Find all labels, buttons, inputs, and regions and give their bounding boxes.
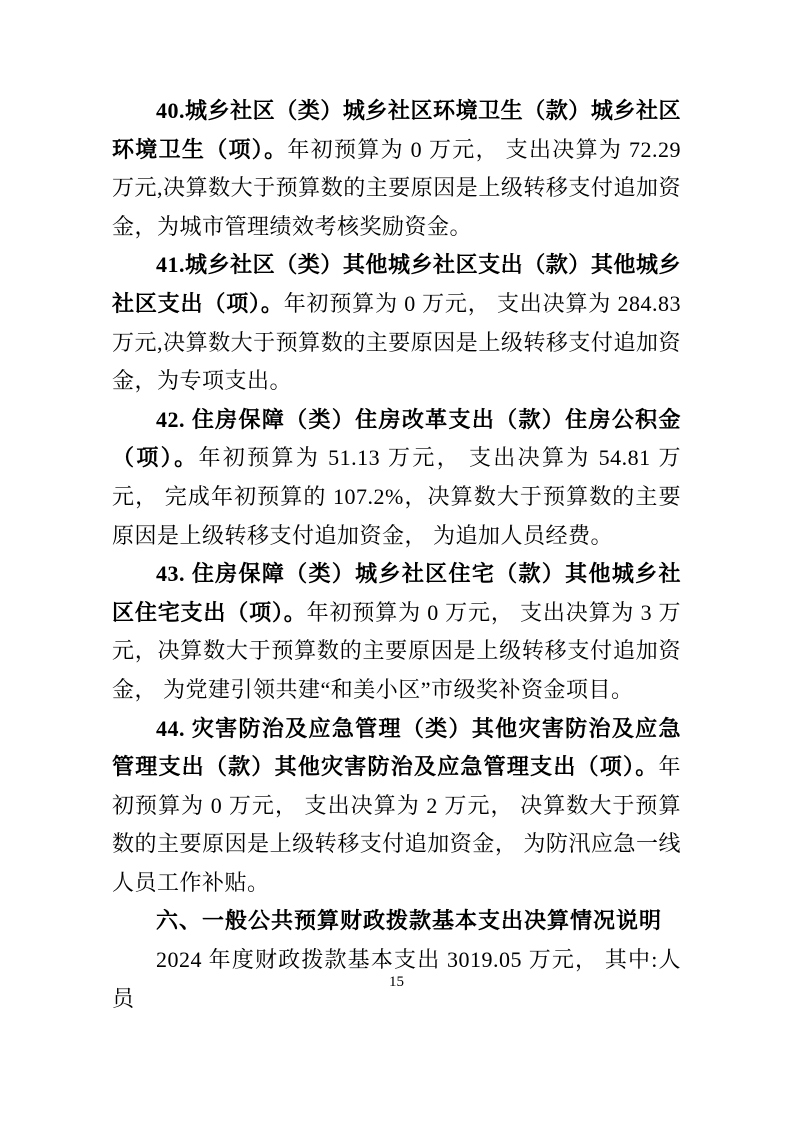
page-content: 40.城乡社区（类）城乡社区环境卫生（款）城乡社区环境卫生（项）。年初预算为 0… [112, 92, 681, 1018]
section-heading: 六、一般公共预算财政拨款基本支出决算情况说明 [112, 902, 681, 941]
budget-item-paragraph-43: 43. 住房保障（类）城乡社区住宅（款）其他城乡社区住宅支出（项）。年初预算为 … [112, 555, 681, 709]
item-44-title: 44. 灾害防治及应急管理（类）其他灾害防治及应急管理支出（款）其他灾害防治及应… [112, 716, 681, 780]
page-number: 15 [0, 974, 793, 991]
document-page: 40.城乡社区（类）城乡社区环境卫生（款）城乡社区环境卫生（项）。年初预算为 0… [0, 0, 793, 1122]
budget-item-paragraph-40: 40.城乡社区（类）城乡社区环境卫生（款）城乡社区环境卫生（项）。年初预算为 0… [112, 92, 681, 246]
budget-item-paragraph-44: 44. 灾害防治及应急管理（类）其他灾害防治及应急管理支出（款）其他灾害防治及应… [112, 710, 681, 903]
budget-item-paragraph-42: 42. 住房保障（类）住房改革支出（款）住房公积金（项）。年初预算为 51.13… [112, 401, 681, 555]
item-42-body: 年初预算为 51.13 万元， 支出决算为 54.81 万元， 完成年初预算的 … [112, 445, 681, 547]
budget-item-paragraph-41: 41.城乡社区（类）其他城乡社区支出（款）其他城乡社区支出（项）。年初预算为 0… [112, 246, 681, 400]
